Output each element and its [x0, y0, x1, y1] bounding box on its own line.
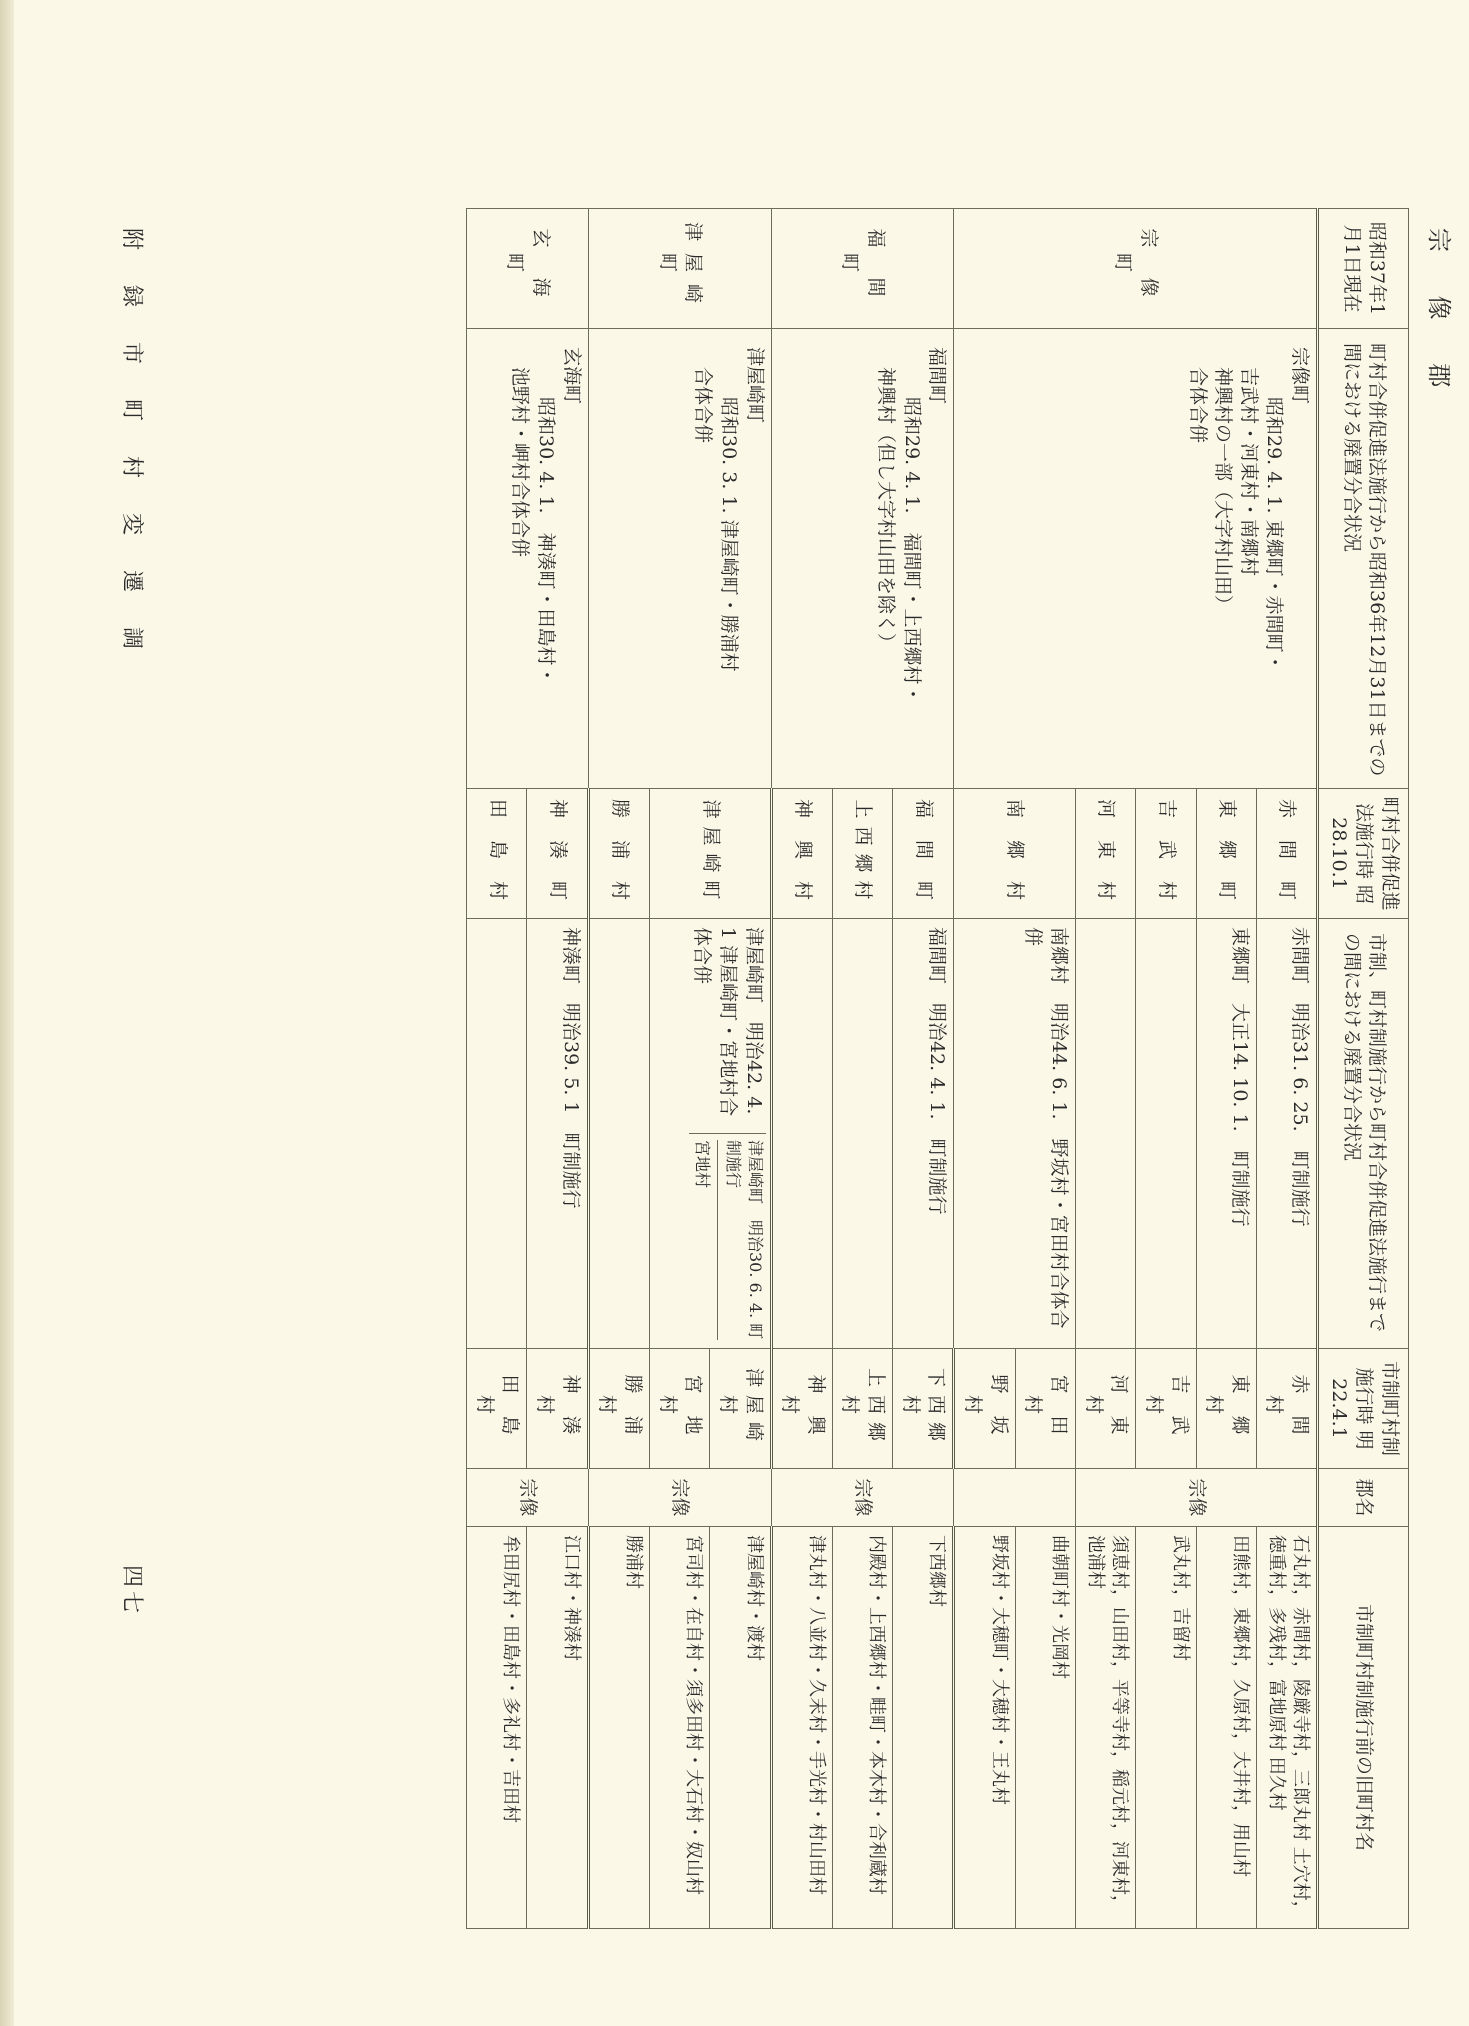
- tsuyazaki-split-cell: 津屋崎町 明治42. 4. 1 津屋崎町・宮地村合体合併 津屋崎町 明治30. …: [689, 927, 766, 1340]
- town-at-1953: 神 興 村: [771, 789, 832, 919]
- rotated-page: 宗 像 郡 昭和37年1月1日現在 町村合併促進法施行から昭和36年12月31日…: [0, 0, 1469, 2026]
- village-at-1889: 田 島 村: [467, 1349, 527, 1469]
- village-at-1889: 野 坂 村: [954, 1349, 1015, 1469]
- old-village-names: 内殿村・上西郷村・畦町・本木村・合利蔵村: [832, 1527, 892, 1929]
- tsuyazaki-town-status: 津屋崎町 明治30. 6. 4. 町制施行: [717, 1140, 765, 1340]
- old-village-names: 宮司村・在自村・須多田村・大石村・奴山村: [649, 1527, 709, 1929]
- pre-merger-change: 津屋崎町 明治42. 4. 1 津屋崎町・宮地村合体合併 津屋崎町 明治30. …: [649, 919, 771, 1349]
- village-at-1889: 下西郷村: [893, 1349, 954, 1469]
- county-title: 宗 像 郡: [1424, 228, 1459, 405]
- table-row: 津屋崎町 津屋崎町 昭和30. 3. 1. 津屋崎町・勝浦村 合体合併 津屋崎町…: [710, 209, 771, 1929]
- footer-title: 附 録 市 町 村 変 遷 調: [118, 228, 149, 663]
- header-old-names: 市制町村制施行前の旧町村名: [1318, 1527, 1409, 1929]
- county-name: 宗像: [771, 1469, 954, 1527]
- tsuyazaki-merger-text: 津屋崎町 明治42. 4. 1 津屋崎町・宮地村合体合併: [689, 927, 766, 1134]
- table-row: 宗 像 町 宗像町 昭和29. 4. 1. 東郷町・赤間町・ 吉武村・河東村・南…: [1256, 209, 1317, 1929]
- pre-merger-change: [1075, 919, 1135, 1349]
- town-at-1953: 田 島 村: [467, 789, 527, 919]
- county-name: 宗像: [588, 1469, 771, 1527]
- page-number: 四七: [118, 1565, 149, 1617]
- pre-merger-change: [771, 919, 832, 1349]
- village-at-1889: 吉 武 村: [1136, 1349, 1196, 1469]
- county-name: 宗像: [467, 1469, 589, 1527]
- merger-description: 宗像町 昭和29. 4. 1. 東郷町・赤間町・ 吉武村・河東村・南郷村 神興村…: [954, 329, 1318, 789]
- pre-merger-change: 東郷町 大正14. 10. 1. 町制施行: [1196, 919, 1256, 1349]
- old-village-names: 曲朝町村・光岡村: [1015, 1527, 1075, 1929]
- pre-merger-change: 赤間町 明治31. 6. 25. 町制施行: [1256, 919, 1317, 1349]
- village-at-1889: 赤 間 村: [1256, 1349, 1317, 1469]
- county-name: [954, 1469, 1076, 1527]
- town-at-1953: 河 東 村: [1075, 789, 1135, 919]
- old-village-names: 田熊村，東郷村，久原村，大井村，用山村: [1196, 1527, 1256, 1929]
- village-at-1889: 上西郷村: [832, 1349, 892, 1469]
- pre-merger-change: 南郷村 明治44. 6. 1. 野坂村・宮田村合体合併: [954, 919, 1076, 1349]
- current-town: 福 間 町: [771, 209, 954, 329]
- old-village-names: 津丸村・八並村・久末村・手光村・村山田村: [771, 1527, 832, 1929]
- current-town: 玄 海 町: [467, 209, 589, 329]
- old-village-names: 江口村・神湊村: [527, 1527, 588, 1929]
- old-village-names: 牟田尻村・田島村・多礼村・吉田村: [467, 1527, 527, 1929]
- miyaji-village: 宮地村: [692, 1140, 714, 1340]
- merger-description: 福間町 昭和29. 4. 1. 福間町・上西郷村・ 神興村（但し大字村山田を除く…: [771, 329, 954, 789]
- merger-description: 津屋崎町 昭和30. 3. 1. 津屋崎町・勝浦村 合体合併: [588, 329, 771, 789]
- old-village-names: 下西郷村: [893, 1527, 954, 1929]
- old-village-names: 津屋崎村・渡村: [710, 1527, 771, 1929]
- village-at-1889: 勝 浦 村: [588, 1349, 649, 1469]
- town-at-1953: 赤 間 町: [1256, 789, 1317, 919]
- header-at-merger-law: 町村合併促進法施行時 昭28.10.1: [1318, 789, 1409, 919]
- village-at-1889: 神 興 村: [771, 1349, 832, 1469]
- pre-merger-change: [467, 919, 527, 1349]
- merger-description: 玄海町 昭和30. 4. 1. 神湊町・田島村・ 池野村・岬村合体合併: [467, 329, 589, 789]
- pre-merger-change: [1136, 919, 1196, 1349]
- tsuyazaki-sub-cells: 津屋崎町 明治30. 6. 4. 町制施行 宮地村: [689, 1134, 766, 1340]
- header-current: 昭和37年1月1日現在: [1318, 209, 1409, 329]
- municipal-history-table: 昭和37年1月1日現在 町村合併促進法施行から昭和36年12月31日までの間にお…: [466, 208, 1409, 1929]
- table-row: 福 間 町 福間町 昭和29. 4. 1. 福間町・上西郷村・ 神興村（但し大字…: [893, 209, 954, 1929]
- village-at-1889: 津屋崎村: [710, 1349, 771, 1469]
- old-village-names: 勝浦村: [588, 1527, 649, 1929]
- town-at-1953: 勝 浦 村: [588, 789, 649, 919]
- table-row: 玄 海 町 玄海町 昭和30. 4. 1. 神湊町・田島村・ 池野村・岬村合体合…: [527, 209, 588, 1929]
- old-village-names: 野坂村・大穂町・大穂村・王丸村: [954, 1527, 1015, 1929]
- old-village-names: 武丸村，吉留村: [1136, 1527, 1196, 1929]
- header-county: 郡名: [1318, 1469, 1409, 1527]
- header-at-municipal-law: 市制町村制施行時 明22.4.1: [1318, 1349, 1409, 1469]
- town-at-1953: 福 間 町: [893, 789, 954, 919]
- header-row: 昭和37年1月1日現在 町村合併促進法施行から昭和36年12月31日までの間にお…: [1318, 209, 1409, 1929]
- pre-merger-change: 神湊町 明治39. 5. 1 町制施行: [527, 919, 588, 1349]
- current-town: 津屋崎町: [588, 209, 771, 329]
- old-village-names: 須恵村，山田村，平等寺村，稲元村，河東村，池浦村: [1075, 1527, 1135, 1929]
- village-at-1889: 宮 田 村: [1015, 1349, 1075, 1469]
- town-at-1953: 東 郷 町: [1196, 789, 1256, 919]
- old-village-names: 石丸村，赤間村，陵厳寺村，三郎丸村 土穴村，徳重村，多残村，富地原村 田久村: [1256, 1527, 1317, 1929]
- village-at-1889: 東 郷 村: [1196, 1349, 1256, 1469]
- town-at-1953: 南 郷 村: [954, 789, 1076, 919]
- town-at-1953: 上西郷村: [832, 789, 892, 919]
- header-merger-period: 町村合併促進法施行から昭和36年12月31日までの間における廃置分合状況: [1318, 329, 1409, 789]
- town-at-1953: 津屋崎町: [649, 789, 771, 919]
- pre-merger-change: 福間町 明治42. 4. 1. 町制施行: [893, 919, 954, 1349]
- village-at-1889: 宮 地 村: [649, 1349, 709, 1469]
- town-at-1953: 神 湊 町: [527, 789, 588, 919]
- current-town: 宗 像 町: [954, 209, 1318, 329]
- pre-merger-change: [588, 919, 649, 1349]
- town-at-1953: 吉 武 村: [1136, 789, 1196, 919]
- header-pre-merger-period: 市制、町村制施行から町村合併促進法施行までの間における廃置分合状況: [1318, 919, 1409, 1349]
- village-at-1889: 神 湊 村: [527, 1349, 588, 1469]
- village-at-1889: 河 東 村: [1075, 1349, 1135, 1469]
- county-name: 宗像: [1075, 1469, 1317, 1527]
- pre-merger-change: [832, 919, 892, 1349]
